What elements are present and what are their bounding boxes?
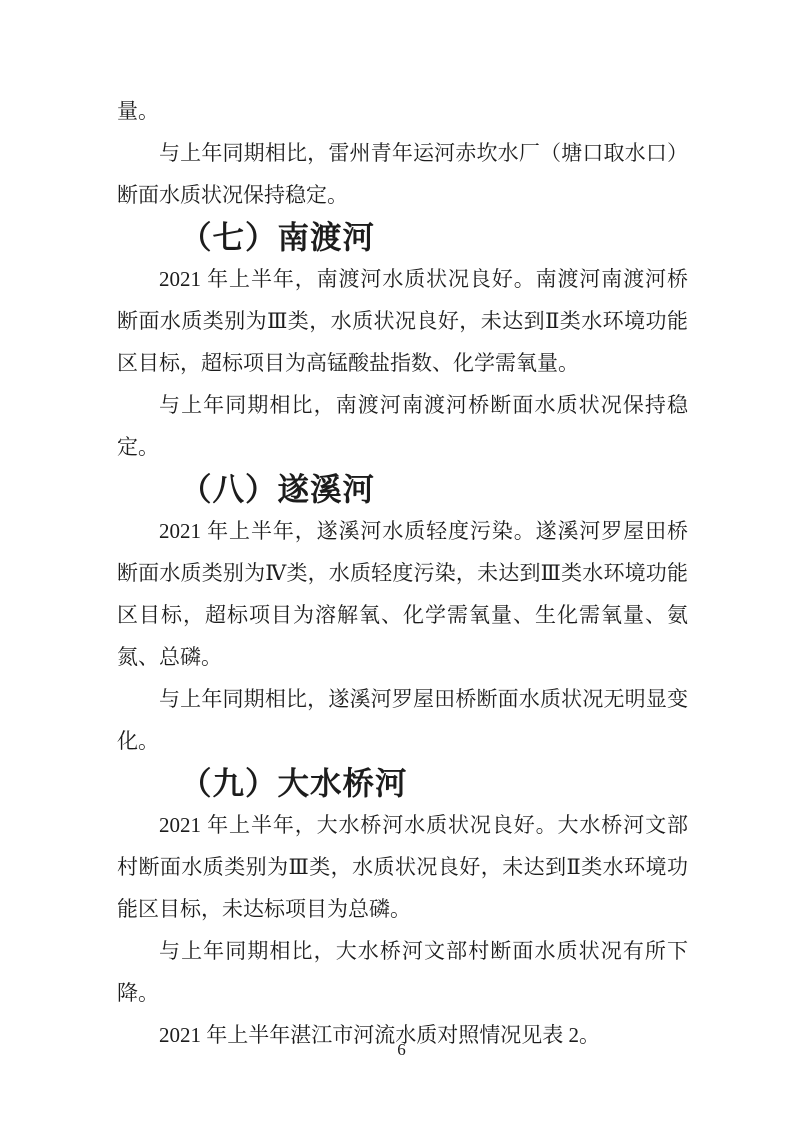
paragraph: 2021 年上半年，遂溪河水质轻度污染。遂溪河罗屋田桥断面水质类别为Ⅳ类，水质轻… [117, 510, 688, 678]
section-heading: （九）大水桥河 [117, 762, 688, 804]
document-page: 量。与上年同期相比，雷州青年运河赤坎水厂（塘口取水口）断面水质状况保持稳定。（七… [0, 0, 803, 1135]
paragraph: 与上年同期相比，南渡河南渡河桥断面水质状况保持稳定。 [117, 384, 688, 468]
section-heading: （八）遂溪河 [117, 468, 688, 510]
page-number: 6 [397, 1040, 406, 1059]
paragraph: 2021 年上半年，大水桥河水质状况良好。大水桥河文部村断面水质类别为Ⅲ类，水质… [117, 804, 688, 930]
paragraph: 与上年同期相比，遂溪河罗屋田桥断面水质状况无明显变化。 [117, 678, 688, 762]
paragraph: 与上年同期相比，大水桥河文部村断面水质状况有所下降。 [117, 930, 688, 1014]
paragraph: 与上年同期相比，雷州青年运河赤坎水厂（塘口取水口）断面水质状况保持稳定。 [117, 132, 688, 216]
document-body: 量。与上年同期相比，雷州青年运河赤坎水厂（塘口取水口）断面水质状况保持稳定。（七… [117, 90, 688, 1056]
paragraph-continuation: 量。 [117, 90, 688, 132]
page-footer: 6 [0, 1040, 803, 1060]
section-heading: （七）南渡河 [117, 216, 688, 258]
paragraph: 2021 年上半年，南渡河水质状况良好。南渡河南渡河桥断面水质类别为Ⅲ类，水质状… [117, 258, 688, 384]
